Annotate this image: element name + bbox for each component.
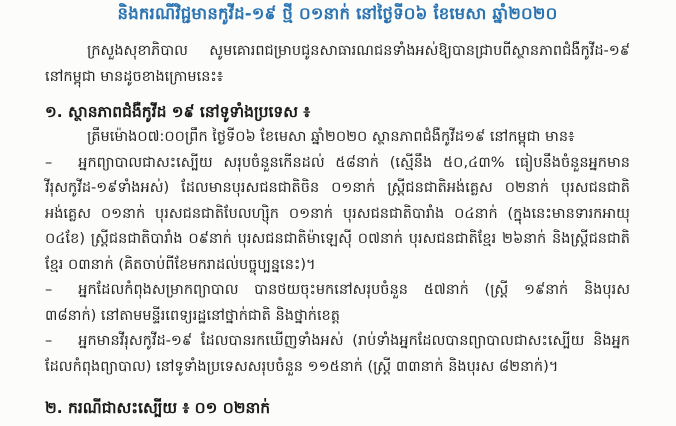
section1-lead-paragraph: ត្រឹមម៉ោង០៧:០០ព្រឹក ថ្ងៃទី០៦ ខែមេសា ឆ្នា… [45,125,630,151]
section2-heading-clipped: ២. ករណីជាសះស្បើយ ៖ ០១ ០២នាក់ [45,395,630,421]
bullet-text-recovered: អ្នកព្យាបាលជាសះស្បើយ សរុបចំនួនកើនដល់ ៥៨ន… [45,155,630,273]
bullet-item-hospitalized: –អ្នកដែលកំពុងសម្រាកព្យាបាល បានថយចុះមកនៅស… [45,278,630,329]
bullet-item-recovered: –អ្នកព្យាបាលជាសះស្បើយ សរុបចំនួនកើនដល់ ៥៨… [45,151,630,279]
section1-heading: ១. ស្ថានភាពជំងឺកូវីដ ១៩ នៅទូទាំងប្រទេស ៖ [45,99,630,125]
dash-bullet-marker: – [45,155,52,171]
bullet-text-hospitalized: អ្នកដែលកំពុងសម្រាកព្យាបាល បានថយចុះមកនៅសរ… [45,282,630,324]
bullet-text-total-cases: អ្នកមានវីរុសកូវីដ-១៩ ដែលបានរកឃើញទាំងអស់ … [45,333,630,375]
intro-paragraph: ក្រសួងសុខាភិបាល សូមគោរពជម្រាបជូនសាធារណជន… [45,39,630,90]
document-page: និងករណីវិជ្ជមានកូវីដ-១៩ ថ្មី ០១នាក់ នៅថ្… [0,0,676,426]
dash-bullet-marker: – [45,282,52,298]
bullet-item-total-cases: –អ្នកមានវីរុសកូវីដ-១៩ ដែលបានរកឃើញទាំងអស់… [45,329,630,380]
document-title-line: និងករណីវិជ្ជមានកូវីដ-១៩ ថ្មី ០១នាក់ នៅថ្… [45,2,630,26]
dash-bullet-marker: – [45,333,52,349]
